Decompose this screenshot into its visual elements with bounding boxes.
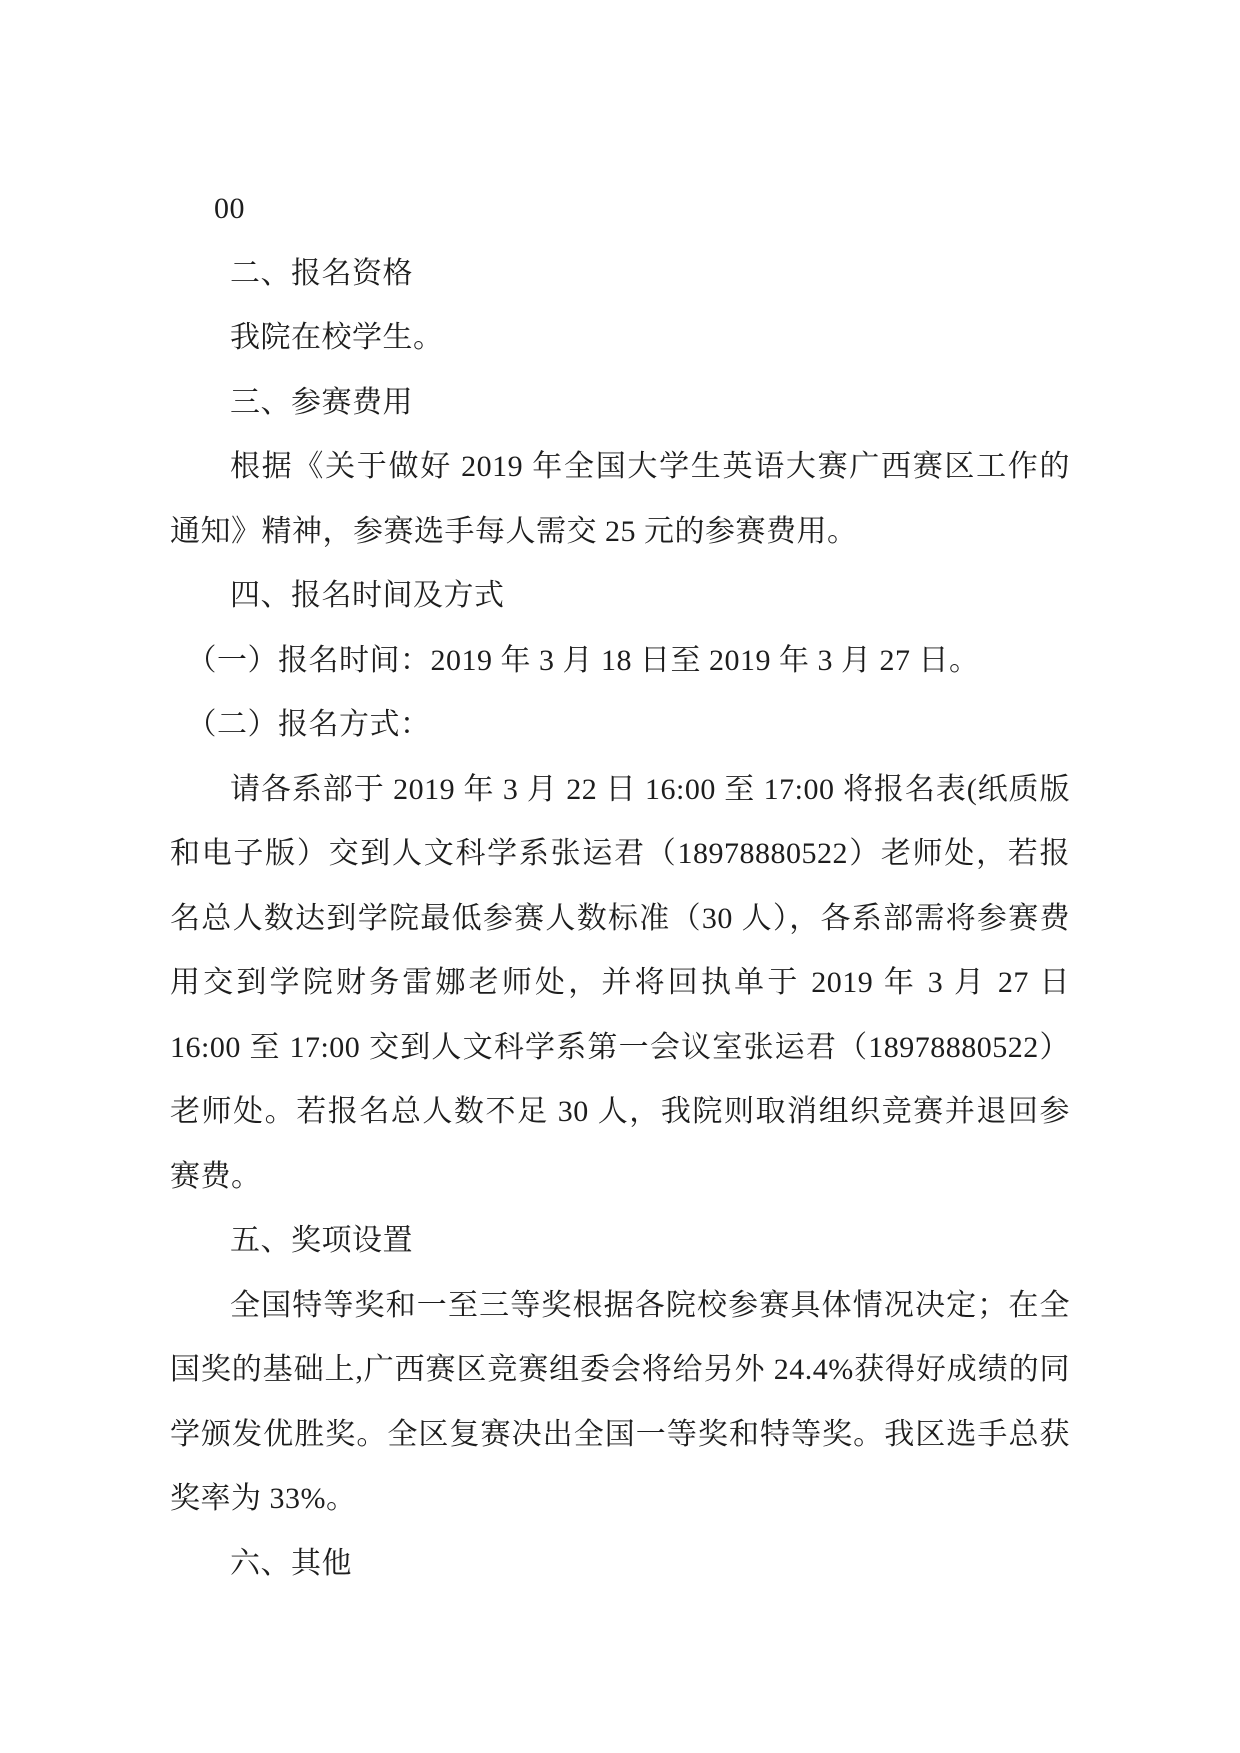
- document-body: 00 二、报名资格 我院在校学生。 三、参赛费用 根据《关于做好 2019 年全…: [170, 177, 1070, 1596]
- heading-section-6-other: 六、其他: [170, 1532, 1070, 1597]
- awards-paragraph: 全国特等奖和一至三等奖根据各院校参赛具体情况决定；在全国奖的基础上,广西赛区竞赛…: [170, 1274, 1070, 1532]
- sub-item-registration-method: （二）报名方式：: [170, 693, 1070, 758]
- heading-section-3-fee: 三、参赛费用: [170, 371, 1070, 436]
- heading-section-4-registration: 四、报名时间及方式: [170, 564, 1070, 629]
- continuation-line: 00: [170, 177, 1070, 242]
- document-page: 00 二、报名资格 我院在校学生。 三、参赛费用 根据《关于做好 2019 年全…: [0, 0, 1240, 1753]
- sub-item-registration-time: （一）报名时间：2019 年 3 月 18 日至 2019 年 3 月 27 日…: [170, 629, 1070, 694]
- heading-section-5-awards: 五、奖项设置: [170, 1209, 1070, 1274]
- heading-section-2-eligibility: 二、报名资格: [170, 242, 1070, 307]
- eligibility-paragraph: 我院在校学生。: [170, 306, 1070, 371]
- fee-paragraph: 根据《关于做好 2019 年全国大学生英语大赛广西赛区工作的通知》精神，参赛选手…: [170, 435, 1070, 564]
- registration-method-paragraph: 请各系部于 2019 年 3 月 22 日 16:00 至 17:00 将报名表…: [170, 758, 1070, 1210]
